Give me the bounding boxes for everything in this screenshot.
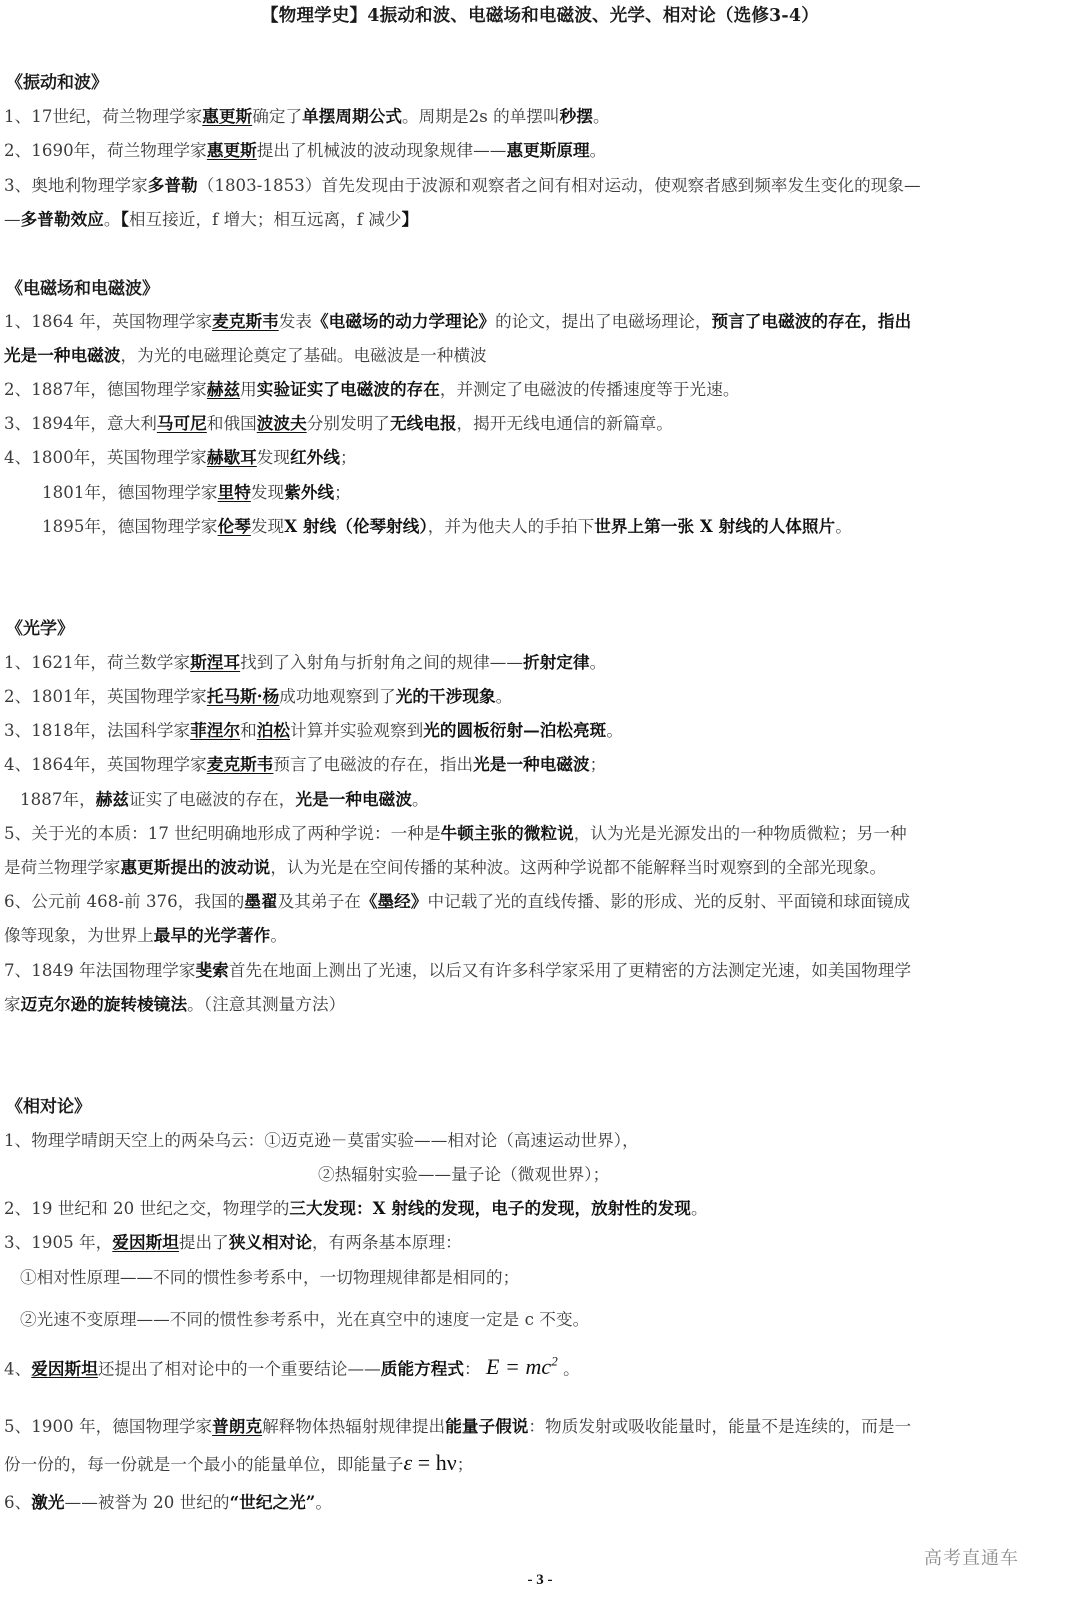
section-heading: 《相对论》	[6, 1092, 91, 1117]
text-line: 2、19 世纪和 20 世纪之交，物理学的三大发现：X 射线的发现，电子的发现，…	[4, 1195, 708, 1219]
text-line: 6、公元前 468-前 376，我国的墨翟及其弟子在《墨经》中记载了光的直线传播…	[4, 888, 910, 912]
text-segment: ，并为他夫人的手拍下	[428, 517, 594, 536]
text-segment: ：物质发射或吸收能量时，能量不是连续的，而是一	[528, 1417, 911, 1436]
scientist-name: 惠更斯	[207, 140, 257, 160]
text-segment: 。	[590, 653, 607, 672]
key-term: 秒摆	[560, 106, 593, 126]
text-segment: 预言了电磁波的存在，指出	[273, 755, 473, 774]
key-term: 光是一种电磁波	[4, 345, 121, 365]
key-term: 光的干涉现象	[396, 686, 496, 706]
scientist-name: 菲涅尔	[190, 720, 240, 740]
text-segment: ，认为光是光源发出的一种物质微粒；另一种	[574, 824, 907, 843]
text-segment: ——被誉为 20 世纪的	[65, 1493, 230, 1512]
text-line: 光是一种电磁波，为光的电磁理论奠定了基础。电磁波是一种横波	[4, 342, 487, 366]
text-line: 1、1864 年，英国物理学家麦克斯韦发表《电磁场的动力学理论》的论文，提出了电…	[4, 308, 911, 332]
text-line: 家迈克尔逊的旋转棱镜法。（注意其测量方法）	[4, 991, 345, 1015]
text-segment: 。	[412, 790, 429, 809]
key-term: 《电磁场的动力学理论》	[312, 311, 495, 331]
text-segment: ②光速不变原理——不同的惯性参考系中，光在真空中的速度一定是 c 不变。	[20, 1310, 589, 1329]
text-segment: 。	[593, 107, 610, 126]
text-segment: 1887年，	[20, 790, 96, 809]
text-line: 4、爱因斯坦还提出了相对论中的一个重要结论——质能方程式： E = mc2 。	[4, 1354, 580, 1380]
formula: = hν	[412, 1450, 457, 1475]
text-line: 1、物理学晴朗天空上的两朵乌云：①迈克逊－莫雷实验——相对论（高速运动世界），	[4, 1127, 639, 1151]
text-line: 3、1894年，意大利马可尼和俄国波波夫分别发明了无线电报，揭开无线电通信的新篇…	[4, 410, 673, 434]
scientist-name: 伦琴	[218, 516, 251, 536]
text-segment: 4、	[4, 1359, 31, 1378]
text-line: 2、1801年，英国物理学家托马斯·杨成功地观察到了光的干涉现象。	[4, 683, 512, 707]
text-segment: ；	[334, 483, 351, 502]
text-segment: 成功地观察到了	[279, 687, 396, 706]
section-heading: 《光学》	[6, 614, 74, 639]
text-line: 1887年，赫兹证实了电磁波的存在，光是一种电磁波。	[20, 786, 429, 810]
text-line: ②热辐射实验——量子论（微观世界）；	[318, 1161, 609, 1185]
key-term: 能量子假说	[445, 1416, 528, 1436]
scientist-name: 斯涅耳	[190, 652, 240, 672]
text-segment: 1、物理学晴朗天空上的两朵乌云：①迈克逊－莫雷实验——相对论（高速运动世界），	[4, 1131, 639, 1150]
formula: ε	[403, 1450, 412, 1475]
text-line: 4、1800年，英国物理学家赫歇耳发现红外线；	[4, 444, 357, 468]
text-line: 1、1621年，荷兰数学家斯涅耳找到了入射角与折射角之间的规律——折射定律。	[4, 649, 606, 673]
text-segment: 。	[270, 926, 287, 945]
text-segment: 5、1900 年，德国物理学家	[4, 1417, 212, 1436]
text-segment: 2、19 世纪和 20 世纪之交，物理学的	[4, 1199, 289, 1218]
text-segment: 2、1887年，德国物理学家	[4, 380, 207, 399]
key-term: 惠更斯提出的波动说	[121, 857, 271, 877]
text-segment: 分别发明了	[307, 414, 390, 433]
scientist-name: 爱因斯坦	[31, 1358, 98, 1378]
text-segment: 。	[558, 1359, 580, 1378]
text-segment: 发表	[279, 312, 312, 331]
key-term: 墨翟	[244, 891, 277, 911]
text-line: 像等现象，为世界上最早的光学著作。	[4, 922, 287, 946]
text-segment: 和	[240, 721, 257, 740]
text-segment: 首先在地面上测出了光速，以后又有许多科学家采用了更精密的方法测定光速，如美国物理…	[229, 961, 911, 980]
text-line: 5、1900 年，德国物理学家普朗克解释物体热辐射规律提出能量子假说：物质发射或…	[4, 1413, 911, 1437]
scientist-name: 普朗克	[212, 1416, 262, 1436]
text-segment: 用	[240, 380, 257, 399]
text-segment: 3、奥地利物理学家	[4, 176, 148, 195]
key-term: 多普勒效应	[21, 209, 104, 229]
text-segment: 找到了入射角与折射角之间的规律——	[240, 653, 523, 672]
text-segment: 发现	[251, 483, 284, 502]
text-segment: —	[4, 210, 21, 229]
key-term: 《墨经》	[361, 891, 428, 911]
key-term: 三大发现：X 射线的发现，电子的发现，放射性的发现	[289, 1198, 691, 1218]
text-segment: 提出了机械波的波动现象规律——	[257, 141, 507, 160]
key-term: 迈克尔逊的旋转棱镜法	[21, 994, 187, 1014]
text-segment: 。	[496, 687, 513, 706]
text-line: 3、1905 年，爱因斯坦提出了狭义相对论，有两条基本原理：	[4, 1229, 462, 1253]
text-segment: 及其弟子在	[278, 892, 361, 911]
scientist-name: 托马斯·杨	[207, 686, 279, 706]
scientist-name: 麦克斯韦	[212, 311, 279, 331]
scientist-name: 爱因斯坦	[112, 1232, 179, 1252]
text-segment: 。	[606, 721, 623, 740]
text-segment: 5、关于光的本质：17 世纪明确地形成了两种学说：一种是	[4, 824, 441, 843]
text-segment: 解释物体热辐射规律提出	[262, 1417, 445, 1436]
key-term: X 射线（伦琴射线）	[284, 516, 428, 536]
page-number: - 3 -	[0, 1572, 1080, 1589]
scientist-name: 赫歇耳	[207, 447, 257, 467]
text-line: 份一份的，每一份就是一个最小的能量单位，即能量子ε = hν；	[4, 1450, 473, 1476]
text-line: 7、1849 年法国物理学家斐索首先在地面上测出了光速，以后又有许多科学家采用了…	[4, 957, 911, 981]
text-segment: 6、	[4, 1493, 31, 1512]
section-heading: 《振动和波》	[6, 68, 108, 93]
scientist-name: 麦克斯韦	[207, 754, 274, 774]
text-segment: ，并测定了电磁波的传播速度等于光速。	[440, 380, 740, 399]
key-term: 光是一种电磁波	[473, 754, 590, 774]
text-line: 5、关于光的本质：17 世纪明确地形成了两种学说：一种是牛顿主张的微粒说，认为光…	[4, 820, 907, 844]
text-segment: 。	[590, 141, 607, 160]
key-term: 单摆周期公式	[302, 106, 402, 126]
key-term: 最早的光学著作	[154, 925, 271, 945]
key-term: 实验证实了电磁波的存在	[257, 379, 440, 399]
text-line: ①相对性原理——不同的惯性参考系中，一切物理规律都是相同的；	[20, 1264, 519, 1288]
text-segment: 3、1894年，意大利	[4, 414, 157, 433]
text-segment: 中记载了光的直线传播、影的形成、光的反射、平面镜和球面镜成	[427, 892, 910, 911]
text-line: 是荷兰物理学家惠更斯提出的波动说，认为光是在空间传播的某种波。这两种学说都不能解…	[4, 854, 886, 878]
text-segment: 。周期是2s 的单摆叫	[402, 107, 560, 126]
watermark: 高考直通车	[924, 1544, 1019, 1570]
text-segment: ，认为光是在空间传播的某种波。这两种学说都不能解释当时观察到的全部光现象。	[270, 858, 886, 877]
text-segment: 2、1801年，英国物理学家	[4, 687, 207, 706]
key-term: 牛顿主张的微粒说	[441, 823, 574, 843]
text-line: 2、1887年，德国物理学家赫兹用实验证实了电磁波的存在，并测定了电磁波的传播速…	[4, 376, 739, 400]
text-segment: ；	[340, 448, 357, 467]
text-line: 4、1864年，英国物理学家麦克斯韦预言了电磁波的存在，指出光是一种电磁波；	[4, 751, 606, 775]
text-line: —多普勒效应。【相互接近，f 增大；相互远离，f 减少】	[4, 206, 418, 230]
text-segment: 1、17世纪，荷兰物理学家	[4, 107, 202, 126]
text-segment: 发现	[257, 448, 290, 467]
text-segment: ②热辐射实验——量子论（微观世界）；	[318, 1165, 609, 1184]
text-line: 1801年，德国物理学家里特发现紫外线；	[42, 479, 351, 503]
key-term: 光的圆板衍射—泊松亮斑	[423, 720, 606, 740]
key-term: 红外线	[290, 447, 340, 467]
text-segment: 3、1818年，法国科学家	[4, 721, 190, 740]
text-segment: 。	[315, 1493, 332, 1512]
key-term: “世纪之光”	[230, 1492, 316, 1512]
text-line: ②光速不变原理——不同的惯性参考系中，光在真空中的速度一定是 c 不变。	[20, 1306, 589, 1330]
key-term: 狭义相对论	[229, 1232, 312, 1252]
text-segment: 发现	[251, 517, 284, 536]
key-term: 赫兹	[96, 789, 129, 809]
scientist-name: 泊松	[257, 720, 290, 740]
text-segment: 的论文，提出了电磁场理论，	[495, 312, 711, 331]
text-segment: ；	[590, 755, 607, 774]
text-segment: ，为光的电磁理论奠定了基础。电磁波是一种横波	[121, 346, 487, 365]
text-segment: 1801年，德国物理学家	[42, 483, 218, 502]
text-segment: 2、1690年，荷兰物理学家	[4, 141, 207, 160]
text-segment: 确定了	[252, 107, 302, 126]
page-title: 【物理学史】4振动和波、电磁场和电磁波、光学、相对论（选修3-4）	[0, 2, 1080, 27]
text-segment: 相互接近，f 增大；相互远离，f 减少	[129, 210, 402, 229]
scientist-name: 里特	[218, 482, 251, 502]
text-line: 6、激光——被誉为 20 世纪的“世纪之光”。	[4, 1489, 332, 1513]
text-segment: ，有两条基本原理：	[312, 1233, 462, 1252]
text-segment: 4、1800年，英国物理学家	[4, 448, 207, 467]
key-term: 光是一种电磁波	[295, 789, 412, 809]
key-term: 紫外线	[284, 482, 334, 502]
key-term: 斐索	[196, 960, 229, 980]
text-segment: 6、公元前 468-前 376，我国的	[4, 892, 244, 911]
text-segment: 份一份的，每一份就是一个最小的能量单位，即能量子	[4, 1455, 403, 1474]
scientist-name: 马可尼	[157, 413, 207, 433]
text-segment: ①相对性原理——不同的惯性参考系中，一切物理规律都是相同的；	[20, 1268, 519, 1287]
text-segment: 4、1864年，英国物理学家	[4, 755, 207, 774]
text-segment: 。	[691, 1199, 708, 1218]
text-line: 3、奥地利物理学家多普勒（1803-1853）首先发现由于波源和观察者之间有相对…	[4, 172, 921, 196]
text-line: 1、17世纪，荷兰物理学家惠更斯确定了单摆周期公式。周期是2s 的单摆叫秒摆。	[4, 103, 610, 127]
key-term: 惠更斯原理	[506, 140, 589, 160]
key-term: 激光	[31, 1492, 64, 1512]
text-segment: 。	[104, 210, 121, 229]
text-segment: 证实了电磁波的存在，	[129, 790, 295, 809]
key-term: 质能方程式	[381, 1358, 464, 1378]
text-segment: 和俄国	[207, 414, 257, 433]
key-term: 折射定律	[523, 652, 590, 672]
scientist-name: 赫兹	[207, 379, 240, 399]
key-term: 【	[121, 209, 129, 229]
key-term: 世界上第一张 X 射线的人体照片	[594, 516, 835, 536]
text-segment: 1895年，德国物理学家	[42, 517, 218, 536]
text-segment: ，揭开无线电通信的新篇章。	[457, 414, 673, 433]
text-segment: 像等现象，为世界上	[4, 926, 154, 945]
text-segment: 提出了	[179, 1233, 229, 1252]
scientist-name: 波波夫	[257, 413, 307, 433]
text-segment: 家	[4, 995, 21, 1014]
section-heading: 《电磁场和电磁波》	[6, 274, 159, 299]
text-segment: 。（注意其测量方法）	[187, 995, 345, 1014]
text-line: 3、1818年，法国科学家菲涅尔和泊松计算并实验观察到光的圆板衍射—泊松亮斑。	[4, 717, 623, 741]
text-segment: ；	[457, 1455, 474, 1474]
key-term: 多普勒	[148, 175, 198, 195]
key-term: 】	[402, 209, 419, 229]
text-segment: 。	[835, 517, 852, 536]
text-line: 1895年，德国物理学家伦琴发现X 射线（伦琴射线），并为他夫人的手拍下世界上第…	[42, 513, 852, 537]
scientist-name: 惠更斯	[202, 106, 252, 126]
text-segment: 是荷兰物理学家	[4, 858, 121, 877]
formula: E = mc2	[486, 1354, 558, 1379]
key-term: 预言了电磁波的存在，指出	[712, 311, 912, 331]
key-term: 无线电报	[390, 413, 457, 433]
text-segment: 3、1905 年，	[4, 1233, 112, 1252]
text-segment: ：	[464, 1359, 486, 1378]
text-segment: 1、1621年，荷兰数学家	[4, 653, 190, 672]
text-segment: 7、1849 年法国物理学家	[4, 961, 196, 980]
text-segment: 还提出了相对论中的一个重要结论——	[98, 1359, 381, 1378]
text-segment: 1、1864 年，英国物理学家	[4, 312, 212, 331]
text-segment: 计算并实验观察到	[290, 721, 423, 740]
text-line: 2、1690年，荷兰物理学家惠更斯提出了机械波的波动现象规律——惠更斯原理。	[4, 137, 606, 161]
text-segment: （1803-1853）首先发现由于波源和观察者之间有相对运动，使观察者感到频率发…	[198, 176, 921, 195]
